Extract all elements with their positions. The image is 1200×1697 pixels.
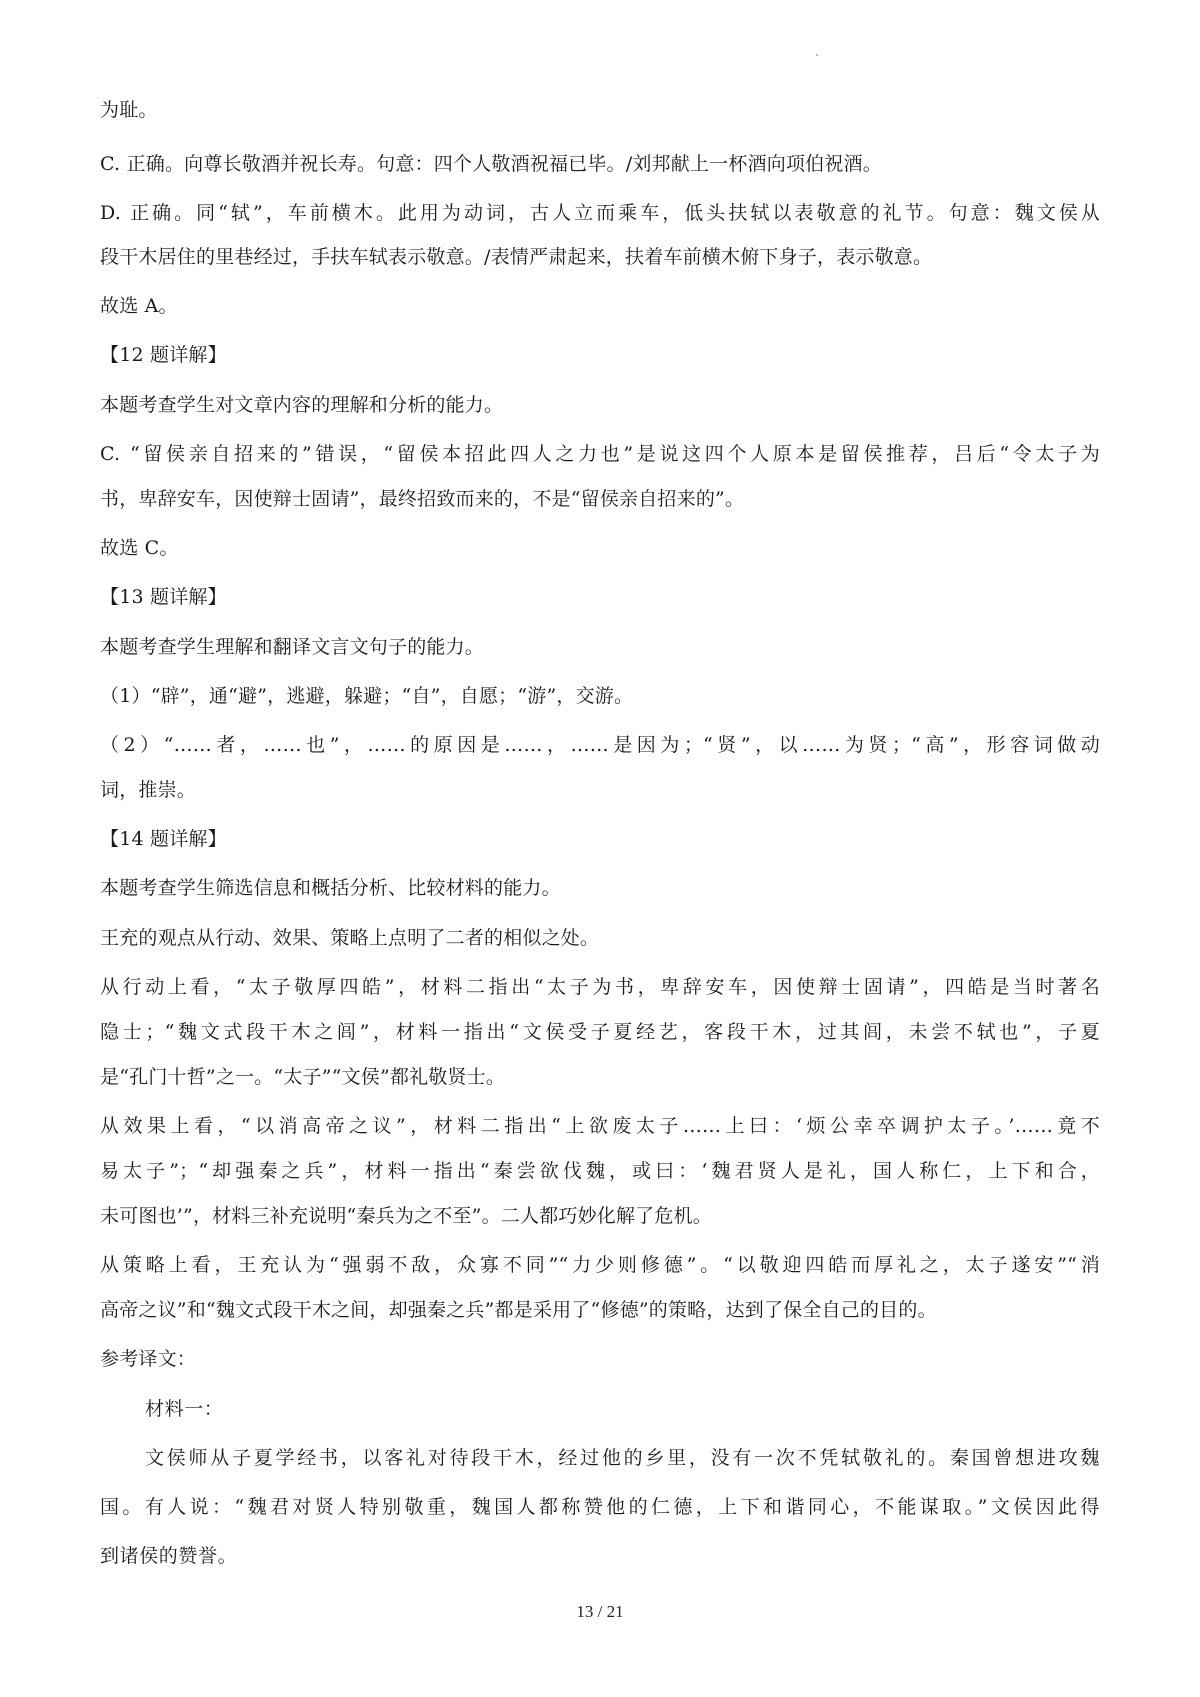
text-line-12-c-cont: 书，卑辞安车，因使辩士固请”，最终招致而来的，不是“留侯亲自招来的”。: [100, 485, 1100, 513]
document-page: 为耻。 C. 正确。向尊长敬酒并祝长寿。句意：四个人敬酒祝福已毕。/刘邦献上一杯…: [0, 0, 1200, 1697]
text-line-13-intro: 本题考查学生理解和翻译文言文句子的能力。: [100, 633, 1100, 661]
material-one-label: 材料一：: [145, 1395, 1100, 1423]
section-heading-13: 【13 题详解】: [100, 583, 1100, 611]
text-line-14-strategy-end: 高帝之议”和“魏文式段干木之间，却强秦之兵”都是采用了“修德”的策略，达到了保全…: [100, 1296, 1100, 1324]
answer-line-11: 故选 A。: [100, 292, 1100, 320]
text-line-14-action-cont: 隐士；“魏文式段干木之闾”，材料一指出“文侯受子夏经艺，客段干木，过其闾，未尝不…: [100, 1018, 1100, 1046]
text-line-14-intro: 本题考查学生筛选信息和概括分析、比较材料的能力。: [100, 874, 1100, 902]
text-line-13-2: （2）“……者，……也”，……的原因是……，……是因为；“贤”，以……为贤；“高…: [100, 731, 1100, 759]
section-heading-14: 【14 题详解】: [100, 825, 1100, 853]
text-line-12-c: C. “留侯亲自招来的”错误，“留侯本招此四人之力也”是说这四个人原本是留侯推荐…: [100, 440, 1100, 468]
text-line-14-action: 从行动上看，“太子敬厚四皓”，材料二指出“太子为书，卑辞安车，因使辩士固请”，四…: [100, 973, 1100, 1001]
text-line-13-2-cont: 词，推崇。: [100, 776, 1100, 804]
text-line-option-d-cont: 段干木居住的里巷经过，手扶车轼表示敬意。/表情严肃起来，扶着车前横木俯下身子，表…: [100, 243, 1100, 271]
text-line-continuation: 为耻。: [100, 96, 1100, 124]
scan-artifact-dot: [816, 54, 818, 56]
text-line-12-intro: 本题考查学生对文章内容的理解和分析的能力。: [100, 391, 1100, 419]
text-line-14-summary: 王充的观点从行动、效果、策略上点明了二者的相似之处。: [100, 924, 1100, 952]
text-line-14-effect-cont: 易太子”；“却强秦之兵”，材料一指出“秦尝欲伐魏，或曰：‘魏君贤人是礼，国人称仁…: [100, 1157, 1100, 1185]
translation-line-1: 文侯师从子夏学经书，以客礼对待段干木，经过他的乡里，没有一次不凭轼敬礼的。秦国曾…: [145, 1444, 1100, 1472]
translation-line-3: 到诸侯的赞誉。: [100, 1542, 1100, 1570]
text-line-14-action-end: 是“孔门十哲”之一。“太子”“文侯”都礼敬贤士。: [100, 1063, 1100, 1091]
section-heading-12: 【12 题详解】: [100, 341, 1100, 369]
page-number: 13 / 21: [0, 1602, 1200, 1622]
translation-line-2: 国。有人说：“魏君对贤人特别敬重，魏国人都称赞他的仁德，上下和谐同心，不能谋取。…: [100, 1493, 1100, 1521]
text-line-option-d: D. 正确。同“轼”，车前横木。此用为动词，古人立而乘车，低头扶轼以表敬意的礼节…: [100, 199, 1100, 227]
text-line-13-1: （1）“辟”，通“避”，逃避，躲避；“自”，自愿；“游”，交游。: [100, 682, 1100, 710]
text-line-option-c: C. 正确。向尊长敬酒并祝长寿。句意：四个人敬酒祝福已毕。/刘邦献上一杯酒向项伯…: [100, 150, 1100, 178]
text-line-14-effect-end: 未可图也’”，材料三补充说明“秦兵为之不至”。二人都巧妙化解了危机。: [100, 1202, 1100, 1230]
reference-translation-label: 参考译文：: [100, 1345, 1100, 1373]
text-line-14-effect: 从效果上看，“以消高帝之议”，材料二指出“上欲废太子……上曰：‘烦公幸卒调护太子…: [100, 1112, 1100, 1140]
answer-line-12: 故选 C。: [100, 534, 1100, 562]
text-line-14-strategy: 从策略上看，王充认为“强弱不敌，众寡不同”“力少则修德”。“以敬迎四皓而厚礼之，…: [100, 1251, 1100, 1279]
